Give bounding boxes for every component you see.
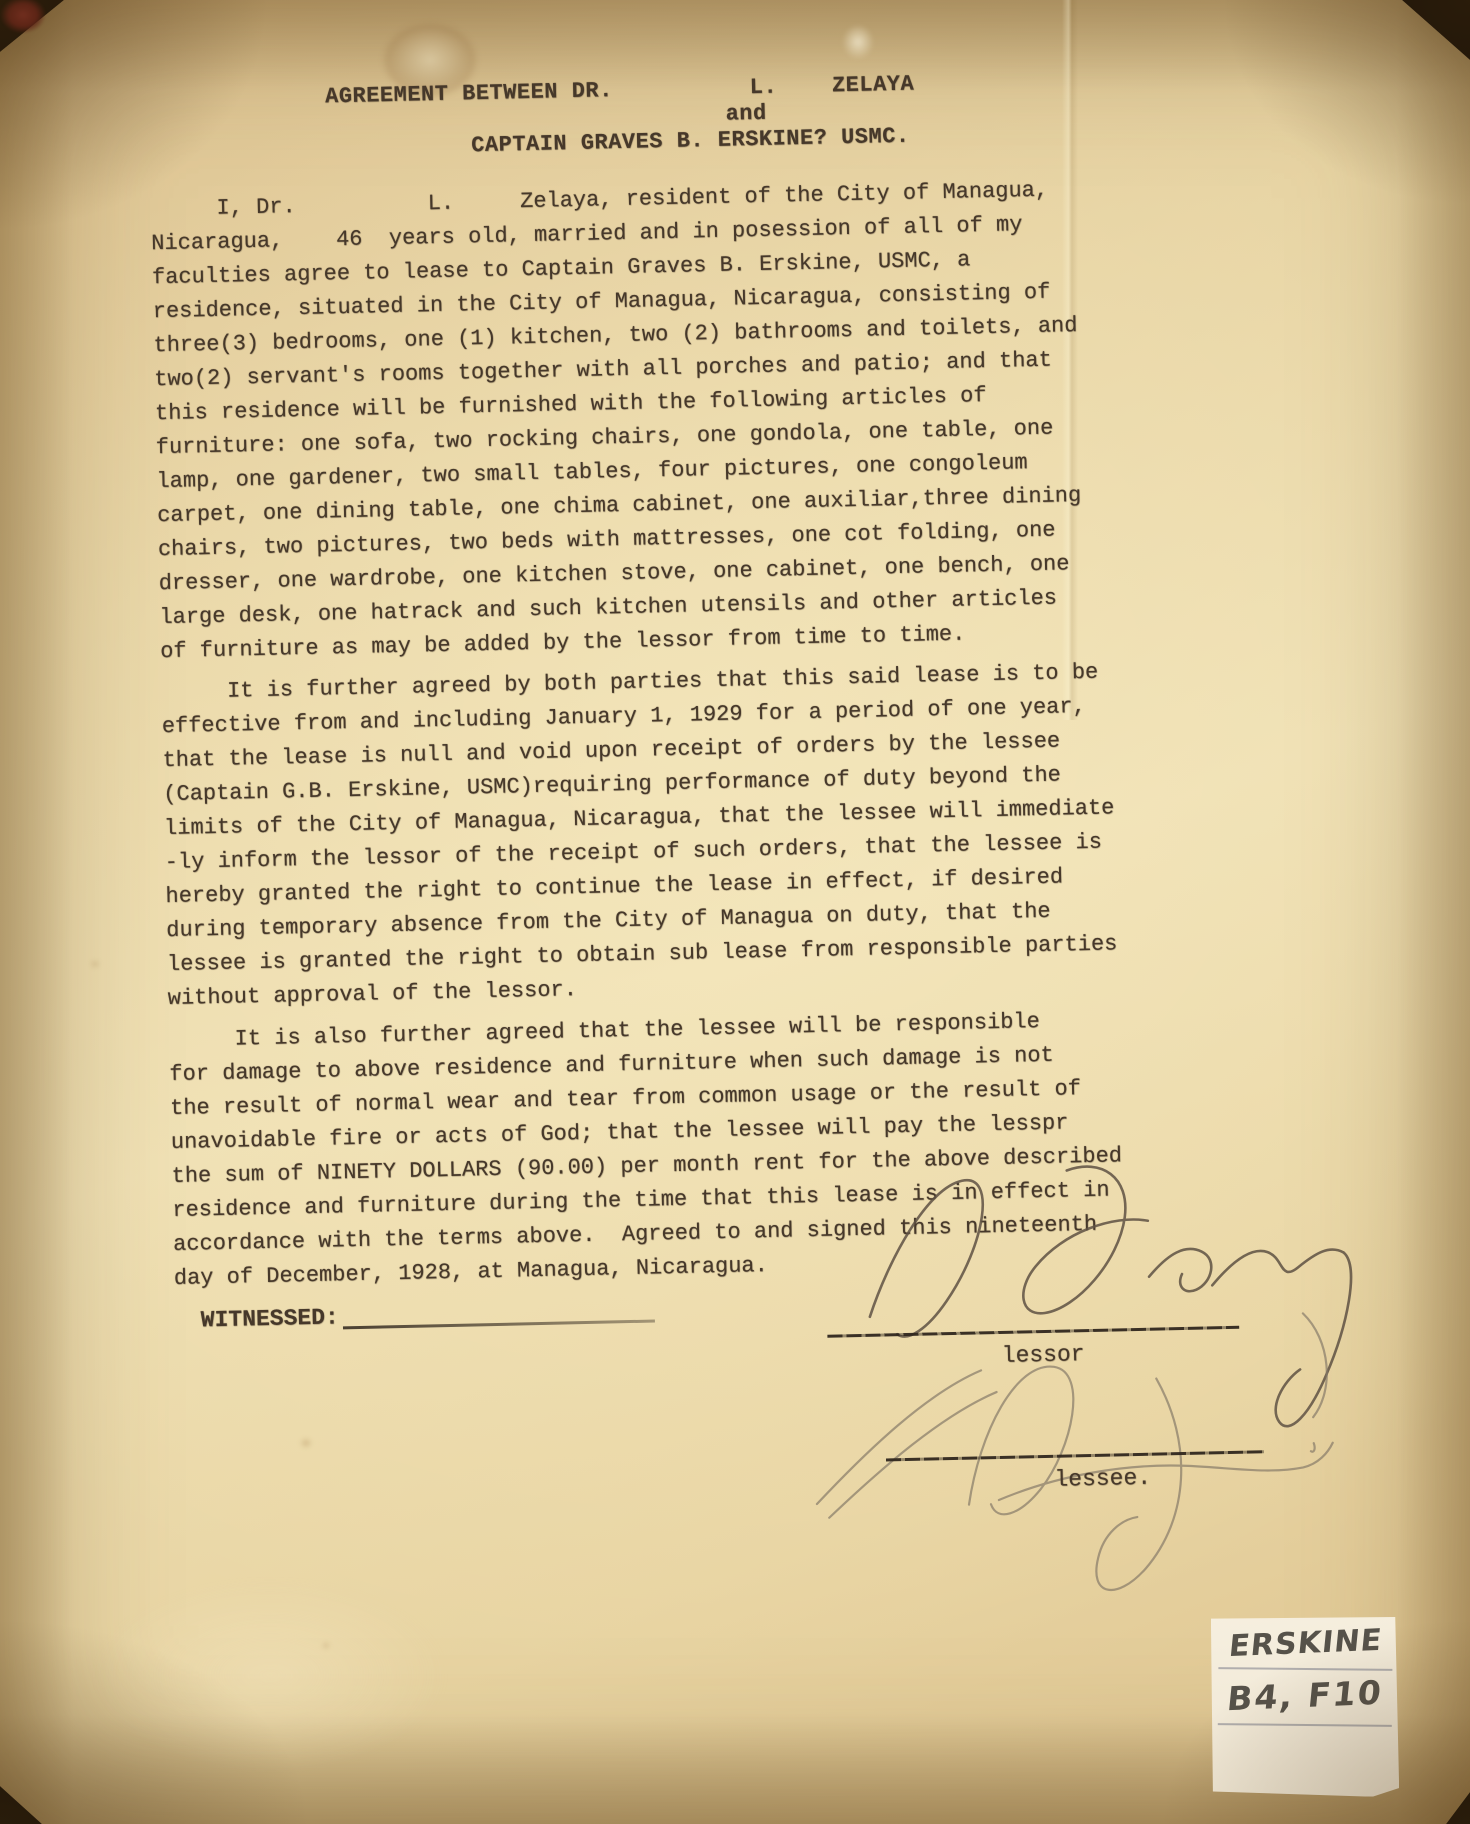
lessee-label: lessee. — [1054, 1461, 1151, 1497]
witnessed-label: WITNESSED: — [200, 1300, 339, 1337]
paragraph-rent-and-signing: It is also further agreed that the lesse… — [168, 998, 1354, 1296]
paragraph-lease-description: I, Dr. L. Zelaya, resident of the City o… — [150, 168, 1340, 670]
sticker-rule-line — [1218, 1667, 1393, 1671]
archival-label-location: B4, F10 — [1208, 1672, 1403, 1719]
scanned-lease-agreement-photo: { "document": { "title": { "line1": "AGR… — [0, 0, 1470, 1824]
archival-label-sticker: ERSKINE B4, F10 — [1209, 1615, 1401, 1797]
witnessed-row: WITNESSED: — [200, 1294, 655, 1338]
witness-signature-line — [343, 1320, 655, 1330]
lessor-label: lessor — [1001, 1337, 1085, 1373]
archival-label-name: ERSKINE — [1208, 1622, 1403, 1665]
paragraph-lease-terms: It is further agreed by both parties tha… — [161, 650, 1348, 1016]
sticker-rule-line — [1217, 1723, 1392, 1727]
lessee-signature-line — [886, 1450, 1264, 1461]
document-title: AGREEMENT BETWEEN DR. L. ZELAYA and CAPT… — [138, 63, 1329, 167]
lessor-signature-line — [827, 1326, 1239, 1338]
typed-agreement-body: AGREEMENT BETWEEN DR. L. ZELAYA and CAPT… — [138, 45, 1363, 1691]
